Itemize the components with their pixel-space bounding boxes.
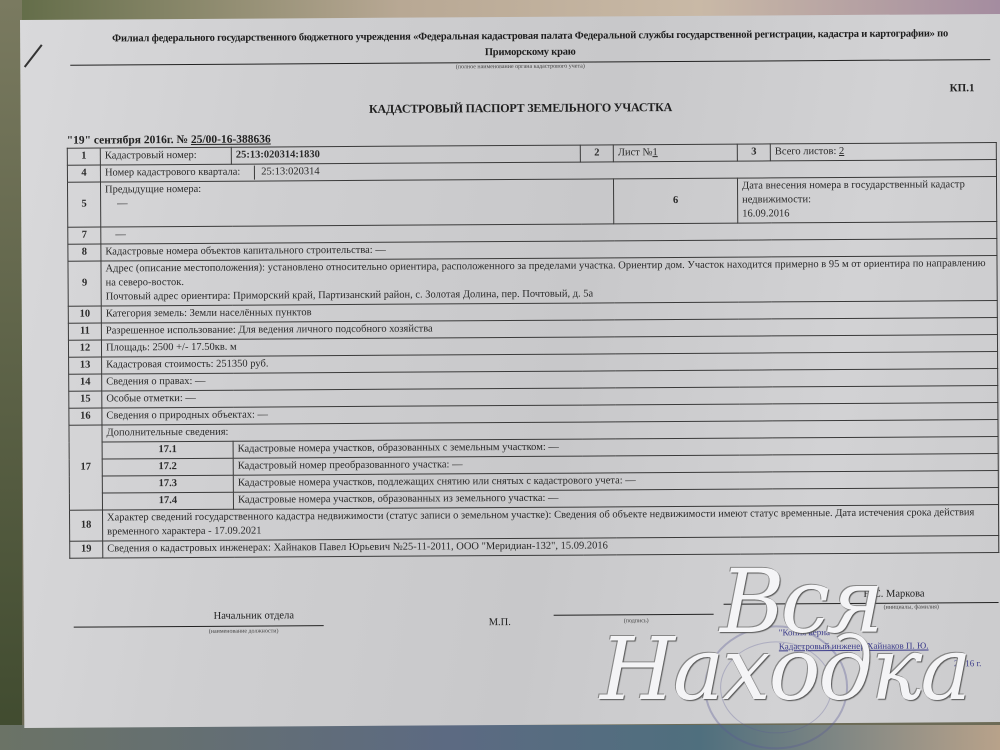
field-label: Кадастровые номера участков, образованны… (238, 442, 546, 455)
organization-name: Филиал федерального государственного бюд… (80, 26, 980, 63)
form-code: КП.1 (950, 82, 975, 94)
table-row: 5 Предыдущие номера:— 6 Дата внесения но… (67, 177, 996, 228)
passport-table: 1 Кадастровый номер: 25:13:020314:1830 2… (67, 142, 999, 559)
subrow-number: 17.3 (102, 475, 233, 493)
cadastral-passport-sheet: Филиал федерального государственного бюд… (20, 14, 1000, 728)
field-value: 16.09.2016 (742, 206, 992, 222)
field-value: — (452, 459, 463, 470)
row-number: 19 (70, 541, 103, 558)
subrow-number: 17.1 (102, 441, 233, 459)
row-number: 6 (613, 178, 737, 224)
subrow-number: 17.2 (102, 458, 233, 476)
position-caption: (наименование должности) (209, 628, 279, 634)
field-value: 2 (839, 146, 844, 157)
cadastral-number: 25:13:020314:1830 (231, 145, 580, 164)
date-prefix: "19" сентября 2016г. № (67, 134, 191, 147)
row-number: 7 (68, 227, 101, 244)
sheet-number: Лист №1 (613, 144, 737, 162)
row-number: 2 (580, 145, 613, 162)
copy-certifier: Кадастровый инженер Хайнаков П. Ю. (779, 640, 929, 651)
field-value: 1 (652, 147, 657, 158)
field-value: — (625, 475, 636, 486)
previous-numbers: Предыдущие номера:— (100, 179, 613, 227)
name-caption: (инициалы, фамилия) (884, 604, 939, 610)
row-number: 11 (68, 323, 101, 340)
row-number: 12 (68, 340, 101, 357)
signature-line (74, 625, 324, 628)
field-value: — (548, 442, 559, 453)
field-label: Кадастровый номер преобразованного участ… (238, 459, 450, 471)
field-label: Кадастровые номера участков, подлежащих … (238, 475, 623, 488)
seal-placeholder: М.П. (489, 617, 511, 628)
field-label: Лист № (618, 147, 653, 158)
document-date: "19" сентября 2016г. № 25/00-16-388636 (67, 133, 271, 146)
field-label: Кадастровые номера участков, образованны… (238, 493, 546, 506)
background-left (0, 0, 22, 750)
field-value: 25:13:020314 (254, 165, 319, 179)
row-number: 15 (69, 391, 102, 408)
row-number: 8 (68, 244, 101, 261)
row-number: 3 (737, 144, 770, 161)
field-label: Сведения о правах: (106, 376, 192, 388)
document-number: 25/00-16-388636 (191, 133, 271, 145)
field-label: Дата внесения номера в государственный к… (742, 178, 992, 208)
official-position: Начальник отдела (214, 610, 294, 621)
field-value: — (185, 393, 196, 404)
row-number: 5 (67, 182, 100, 227)
row-number: 10 (68, 306, 101, 323)
row-number: 13 (69, 357, 102, 374)
row-number: 16 (69, 408, 102, 425)
field-label: Кадастровые номера объектов капитального… (105, 245, 372, 258)
field-label: Всего листов: (775, 146, 837, 157)
row-number: 4 (67, 165, 100, 182)
registration-date: Дата внесения номера в государственный к… (737, 177, 996, 224)
pen-mark (24, 44, 43, 67)
field-value: — (375, 245, 386, 256)
row-number: 18 (69, 510, 102, 541)
field-value: — (258, 409, 269, 420)
subrow-number: 17.4 (102, 492, 233, 510)
table-row: 9 Адрес (описание местоположения): устан… (68, 256, 997, 307)
copy-certification: "Копия верна" (779, 627, 834, 637)
row-number: 17 (69, 425, 103, 510)
document-title: КАДАСТРОВЫЙ ПАСПОРТ ЗЕМЕЛЬНОГО УЧАСТКА (21, 98, 1000, 119)
copy-year: 20 16 г. (954, 658, 981, 668)
row-number: 1 (67, 148, 100, 165)
signature-line (724, 602, 999, 605)
field-label: Сведения о природных объектах: (106, 410, 255, 422)
row-number: 9 (68, 261, 101, 306)
field-label: Номер кадастрового квартала: (105, 167, 240, 179)
total-sheets: Всего листов: 2 (770, 143, 996, 161)
signature-line (554, 614, 714, 616)
row-number: 14 (69, 374, 102, 391)
background-bottom (0, 725, 1000, 750)
official-name: Н.С. Маркова (863, 588, 924, 599)
field-value: — (195, 376, 206, 387)
field-value: — (548, 493, 559, 504)
stamp-ring (720, 641, 833, 734)
address: Адрес (описание местоположения): установ… (101, 256, 997, 306)
signature-caption: (подпись) (624, 618, 649, 624)
field-label: Кадастровый номер: (100, 147, 231, 165)
field-label: Особые отметки: (106, 393, 182, 404)
